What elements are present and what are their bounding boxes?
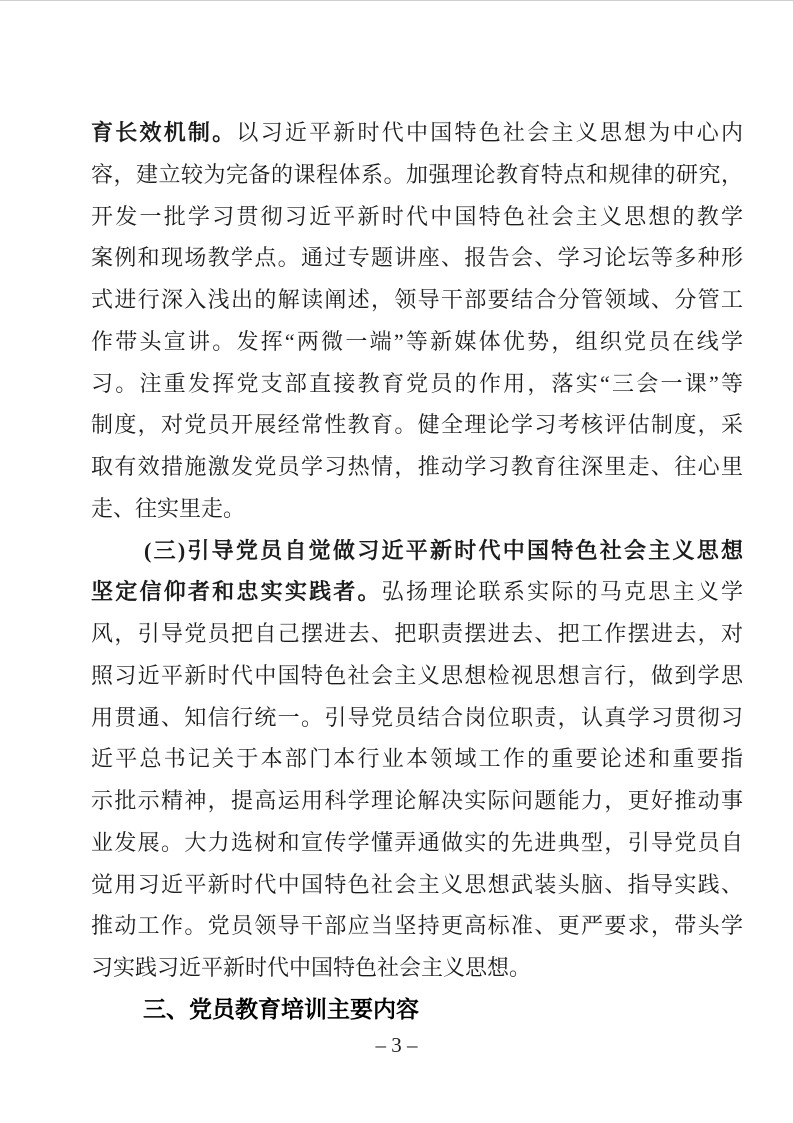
text-line: 习实践习近平新时代中国特色社会主义思想。 [91,947,743,989]
text-line: 示批示精神，提高运用科学理论解决实际问题能力，更好推动事 [91,780,743,822]
bold-run: 坚定信仰者和忠实实践者。 [91,579,382,604]
text-run: 案例和现场教学点。通过专题讲座、报告会、学习论坛等多种形 [91,245,743,270]
text-line: 走、往实里走。 [91,488,743,530]
text-run: 觉用习近平新时代中国特色社会主义思想武装头脑、指导实践、 [91,872,743,897]
text-line: 习。注重发挥党支部直接教育党员的作用，落实“三会一课”等 [91,363,743,405]
text-line: 用贯通、知信行统一。引导党员结合岗位职责，认真学习贯彻习 [91,697,743,739]
text-run: 示批示精神，提高运用科学理论解决实际问题能力，更好推动事 [91,788,743,813]
text-run: 式进行深入浅出的解读阐述，领导干部要结合分管领域、分管工 [91,287,743,312]
text-line: 坚定信仰者和忠实实践者。弘扬理论联系实际的马克思主义学 [91,571,743,613]
document-text-block: 育长效机制。以习近平新时代中国特色社会主义思想为中心内 容，建立较为完备的课程体… [91,112,743,1031]
bold-run: (三)引导党员自觉做习近平新时代中国特色社会主义思想 [144,538,743,563]
document-page: 育长效机制。以习近平新时代中国特色社会主义思想为中心内 容，建立较为完备的课程体… [0,0,793,1123]
text-line: 育长效机制。以习近平新时代中国特色社会主义思想为中心内 [91,112,743,154]
page-number: – 3 – [0,1033,793,1058]
text-run: 照习近平新时代中国特色社会主义思想检视思想言行，做到学思 [91,663,743,688]
text-line: 推动工作。党员领导干部应当坚持更高标准、更严要求，带头学 [91,905,743,947]
text-line: 容，建立较为完备的课程体系。加强理论教育特点和规律的研究， [91,154,743,196]
subsection-heading-3: (三)引导党员自觉做习近平新时代中国特色社会主义思想 [91,530,743,572]
text-run: 习。注重发挥党支部直接教育党员的作用，落实“三会一课”等 [91,371,743,396]
text-run: 走、往实里走。 [91,496,245,521]
text-run: 弘扬理论联系实际的马克思主义学 [382,579,743,604]
text-line: 近平总书记关于本部门本行业本领域工作的重要论述和重要指 [91,738,743,780]
text-run: 制度，对党员开展经常性教育。健全理论学习考核评估制度，采 [91,412,743,437]
bold-run: 育长效机制。 [91,120,236,145]
text-run: 推动工作。党员领导干部应当坚持更高标准、更严要求，带头学 [91,913,743,938]
text-run: 开发一批学习贯彻习近平新时代中国特色社会主义思想的教学 [91,204,743,229]
text-run: 业发展。大力选树和宣传学懂弄通做实的先进典型，引导党员自 [91,830,743,855]
text-run: 取有效措施激发党员学习热情，推动学习教育往深里走、往心里 [91,454,743,479]
text-line: 作带头宣讲。发挥“两微一端”等新媒体优势，组织党员在线学 [91,321,743,363]
text-line: 案例和现场教学点。通过专题讲座、报告会、学习论坛等多种形 [91,237,743,279]
section-heading-3: 三、党员教育培训主要内容 [91,989,743,1031]
text-line: 制度，对党员开展经常性教育。健全理论学习考核评估制度，采 [91,404,743,446]
text-line: 照习近平新时代中国特色社会主义思想检视思想言行，做到学思 [91,655,743,697]
text-run: 用贯通、知信行统一。引导党员结合岗位职责，认真学习贯彻习 [91,705,743,730]
text-run: 风，引导党员把自己摆进去、把职责摆进去、把工作摆进去，对 [91,621,743,646]
heading-text: 三、党员教育培训主要内容 [143,996,419,1022]
text-line: 风，引导党员把自己摆进去、把职责摆进去、把工作摆进去，对 [91,613,743,655]
text-line: 业发展。大力选树和宣传学懂弄通做实的先进典型，引导党员自 [91,822,743,864]
text-line: 开发一批学习贯彻习近平新时代中国特色社会主义思想的教学 [91,196,743,238]
text-line: 式进行深入浅出的解读阐述，领导干部要结合分管领域、分管工 [91,279,743,321]
text-run: 习实践习近平新时代中国特色社会主义思想。 [91,955,531,980]
text-run: 近平总书记关于本部门本行业本领域工作的重要论述和重要指 [91,746,743,771]
text-line: 觉用习近平新时代中国特色社会主义思想武装头脑、指导实践、 [91,864,743,906]
text-line: 取有效措施激发党员学习热情，推动学习教育往深里走、往心里 [91,446,743,488]
text-run: 容，建立较为完备的课程体系。加强理论教育特点和规律的研究， [91,162,743,187]
text-run: 以习近平新时代中国特色社会主义思想为中心内 [236,120,743,145]
text-run: 作带头宣讲。发挥“两微一端”等新媒体优势，组织党员在线学 [91,329,743,354]
